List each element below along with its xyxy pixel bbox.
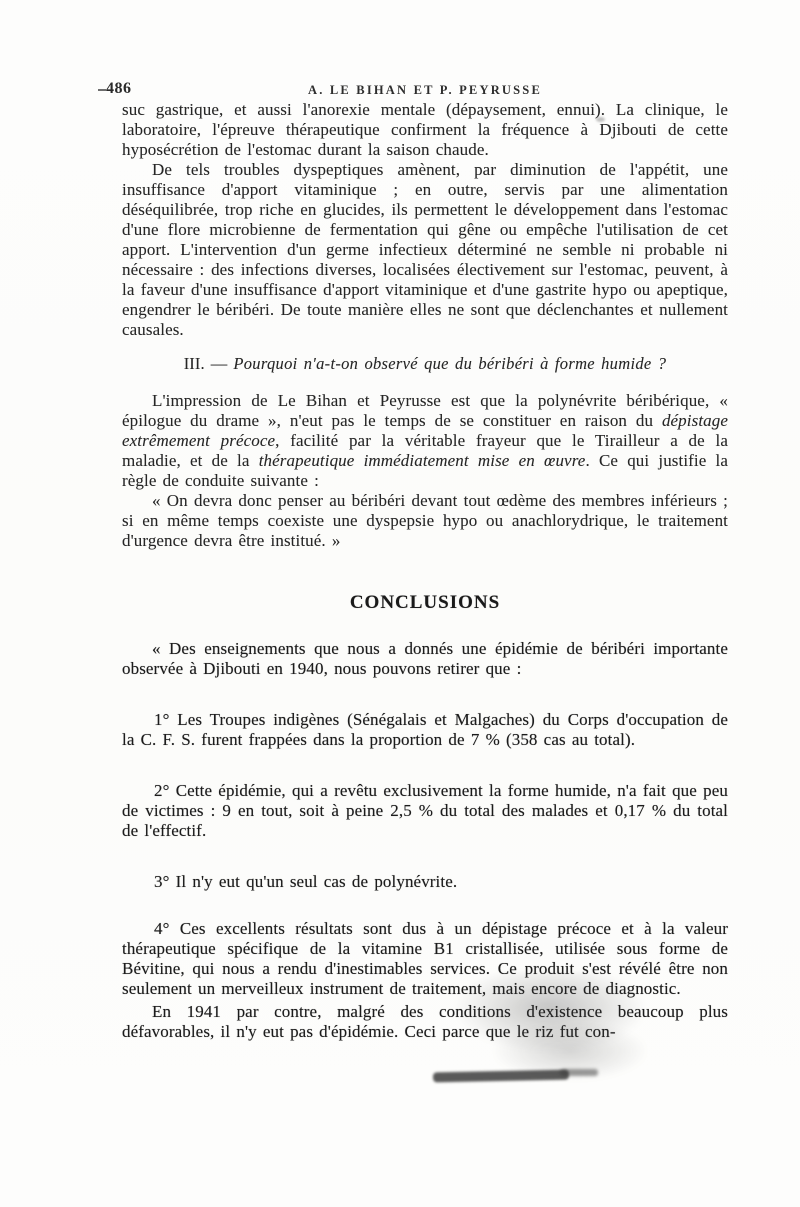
impression-part-1: L'impression de Le Bihan et Peyrusse est… xyxy=(122,391,728,430)
ink-scribble-line xyxy=(433,1070,569,1083)
page-number: 486 xyxy=(106,80,132,98)
item-number: 4° xyxy=(154,919,170,938)
paragraph-quote-on-devra: « On devra donc penser au béribéri devan… xyxy=(122,491,728,551)
paragraph-enseignements: « Des enseignements que nous a donnés un… xyxy=(122,639,728,679)
conclusion-item-3: 3° Il n'y eut qu'un seul cas de polynévr… xyxy=(122,872,728,892)
item-number: 3° xyxy=(154,872,170,891)
item-number: 2° xyxy=(154,781,170,800)
body-text-column: suc gastrique, et aussi l'anorexie menta… xyxy=(122,100,728,1042)
section-numeral: III. — xyxy=(184,354,234,373)
conclusion-item-4: 4° Ces excellents résultats sont dus à u… xyxy=(122,919,728,999)
paragraph-suc-gastrique: suc gastrique, et aussi l'anorexie menta… xyxy=(122,100,728,160)
running-head: 486 A. LE BIHAN ET P. PEYRUSSE xyxy=(122,80,728,100)
paragraph-troubles-dyspeptiques: De tels troubles dyspeptiques amènent, p… xyxy=(122,160,728,340)
item-text: Il n'y eut qu'un seul cas de polynévrite… xyxy=(176,872,458,891)
section-title: Pourquoi n'a-t-on observé que du béribér… xyxy=(233,354,666,373)
paragraph-impression: L'impression de Le Bihan et Peyrusse est… xyxy=(122,391,728,491)
ink-scribble-speck xyxy=(560,1069,598,1076)
section-heading-3: III. — Pourquoi n'a-t-on observé que du … xyxy=(122,354,728,374)
conclusion-item-2: 2° Cette épidémie, qui a revêtu exclusiv… xyxy=(122,781,728,841)
scan-artifact-dash xyxy=(98,89,106,91)
impression-italic-2: thérapeutique immédiatement mise en œuvr… xyxy=(259,451,586,470)
conclusion-item-1: 1° Les Troupes indigènes (Sénégalais et … xyxy=(122,710,728,750)
conclusions-heading: CONCLUSIONS xyxy=(122,577,728,639)
item-text: Les Troupes indigènes (Sénégalais et Mal… xyxy=(122,710,728,749)
item-text: Cette épidémie, qui a revêtu exclusiveme… xyxy=(122,781,728,840)
running-title: A. LE BIHAN ET P. PEYRUSSE xyxy=(308,80,542,98)
item-number: 1° xyxy=(154,710,170,729)
scanned-paper-page: 486 A. LE BIHAN ET P. PEYRUSSE suc gastr… xyxy=(0,0,800,1207)
item-text: Ces excellents résultats sont dus à un d… xyxy=(122,919,728,998)
paragraph-en-1941: En 1941 par contre, malgré des condition… xyxy=(122,1002,728,1042)
